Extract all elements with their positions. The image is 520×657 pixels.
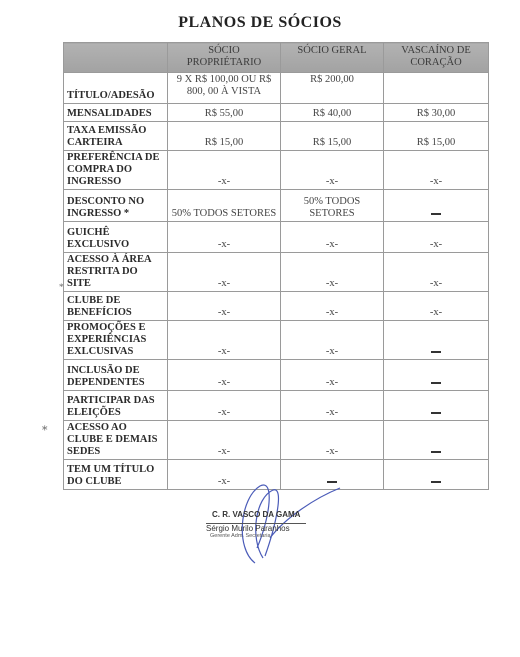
row-label: PARTICIPAR DAS ELEIÇÕES (64, 391, 168, 421)
cell-value: -x- (384, 222, 489, 253)
table-row: CLUBE DE BENEFÍCIOS-x--x--x- (64, 292, 489, 321)
row-label: DESCONTO NO INGRESSO * (64, 190, 168, 222)
table-row: ACESSO AO CLUBE E DEMAIS SEDES-x--x- (64, 421, 489, 460)
dash-mark (431, 412, 441, 414)
cell-value: 9 X R$ 100,00 OU R$ 800, 00 À VISTA (168, 73, 281, 104)
plans-table: SÓCIO PROPRIÉTARIO SÓCIO GERAL VASCAÍNO … (63, 42, 489, 490)
row-label: GUICHÊ EXCLUSIVO (64, 222, 168, 253)
column-header-empty (64, 43, 168, 73)
cell-value (384, 391, 489, 421)
table-row: PARTICIPAR DAS ELEIÇÕES-x--x- (64, 391, 489, 421)
cell-value: -x- (281, 253, 384, 292)
cell-value (384, 421, 489, 460)
cell-value: R$ 200,00 (281, 73, 384, 104)
cell-value: 50% TODOS SETORES (168, 190, 281, 222)
cell-value: -x- (384, 292, 489, 321)
cell-value: -x- (168, 421, 281, 460)
row-label: INCLUSÃO DE DEPENDENTES (64, 360, 168, 391)
dash-mark (431, 382, 441, 384)
cell-value: -x- (168, 292, 281, 321)
cell-value: -x- (168, 222, 281, 253)
dash-mark (431, 481, 441, 483)
cell-value: -x- (281, 151, 384, 190)
cell-value: -x- (168, 151, 281, 190)
cell-value: -x- (168, 253, 281, 292)
dash-mark (431, 213, 441, 215)
row-label: MENSALIDADES (64, 104, 168, 122)
cell-value: -x- (281, 421, 384, 460)
cell-value: R$ 15,00 (384, 122, 489, 151)
cell-value: -x- (384, 253, 489, 292)
page-title: PLANOS DE SÓCIOS (0, 14, 520, 32)
cell-value (384, 73, 489, 104)
cell-value: -x- (281, 321, 384, 360)
stray-mark: * (59, 282, 64, 292)
column-header-vascaino-de-coracao: VASCAÍNO DE CORAÇÃO (384, 43, 489, 73)
cell-value: R$ 15,00 (168, 122, 281, 151)
table-row: TÍTULO/ADESÃO9 X R$ 100,00 OU R$ 800, 00… (64, 73, 489, 104)
cell-value: R$ 55,00 (168, 104, 281, 122)
row-label: CLUBE DE BENEFÍCIOS (64, 292, 168, 321)
signature-name: Sérgio Murilo Paranhos (206, 524, 340, 533)
stray-mark: ⁎ (42, 420, 48, 433)
table-row: ACESSO À ÁREA RESTRITA DO SITE-x--x--x- (64, 253, 489, 292)
cell-value: -x- (281, 391, 384, 421)
table-row: DESCONTO NO INGRESSO *50% TODOS SETORES5… (64, 190, 489, 222)
table-row: TAXA EMISSÃO CARTEIRAR$ 15,00R$ 15,00R$ … (64, 122, 489, 151)
row-label: TAXA EMISSÃO CARTEIRA (64, 122, 168, 151)
cell-value: -x- (168, 360, 281, 391)
row-label: TÍTULO/ADESÃO (64, 73, 168, 104)
column-header-socio-geral: SÓCIO GERAL (281, 43, 384, 73)
cell-value: R$ 15,00 (281, 122, 384, 151)
row-label: PROMOÇÕES E EXPERIÊNCIAS EXLCUSIVAS (64, 321, 168, 360)
row-label: ACESSO À ÁREA RESTRITA DO SITE (64, 253, 168, 292)
cell-value: R$ 30,00 (384, 104, 489, 122)
cell-value: -x- (168, 321, 281, 360)
table-row: PREFERÊNCIA DE COMPRA DO INGRESSO-x--x--… (64, 151, 489, 190)
table-row: PROMOÇÕES E EXPERIÊNCIAS EXLCUSIVAS-x--x… (64, 321, 489, 360)
cell-value: -x- (384, 151, 489, 190)
cell-value (384, 321, 489, 360)
cell-value: R$ 40,00 (281, 104, 384, 122)
cell-value: -x- (281, 360, 384, 391)
cell-value: -x- (281, 222, 384, 253)
row-label: TEM UM TÍTULO DO CLUBE (64, 460, 168, 490)
row-label: PREFERÊNCIA DE COMPRA DO INGRESSO (64, 151, 168, 190)
table-row: INCLUSÃO DE DEPENDENTES-x--x- (64, 360, 489, 391)
table-row: GUICHÊ EXCLUSIVO-x--x--x- (64, 222, 489, 253)
cell-value: -x- (281, 292, 384, 321)
row-label: ACESSO AO CLUBE E DEMAIS SEDES (64, 421, 168, 460)
column-header-socio-proprietario: SÓCIO PROPRIÉTARIO (168, 43, 281, 73)
cell-value (384, 360, 489, 391)
cell-value: -x- (168, 391, 281, 421)
table-row: MENSALIDADESR$ 55,00R$ 40,00R$ 30,00 (64, 104, 489, 122)
cell-value (384, 460, 489, 490)
signature-block: C. R. VASCO DA GAMA Sérgio Murilo Paranh… (200, 510, 340, 539)
cell-value (384, 190, 489, 222)
dash-mark (431, 451, 441, 453)
signature-organization: C. R. VASCO DA GAMA (212, 510, 340, 519)
signature-role: Gerente Adm. Secretaria (210, 533, 340, 539)
dash-mark (431, 351, 441, 353)
table-header-row: SÓCIO PROPRIÉTARIO SÓCIO GERAL VASCAÍNO … (64, 43, 489, 73)
cell-value: 50% TODOS SETORES (281, 190, 384, 222)
